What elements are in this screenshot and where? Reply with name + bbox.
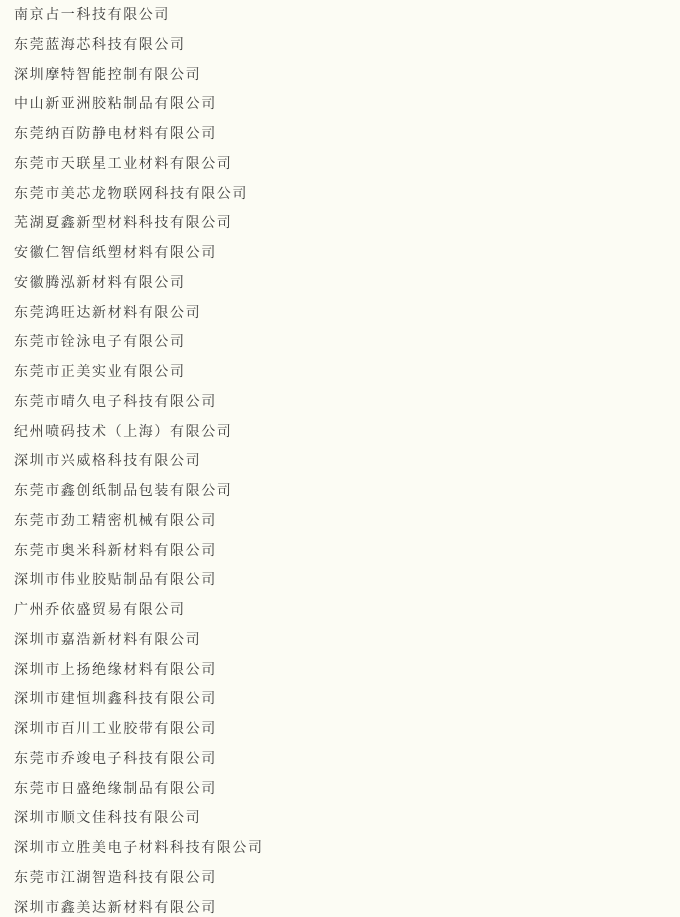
company-item: 深圳市兴威格科技有限公司 xyxy=(14,447,264,477)
company-item: 纪州喷码技术（上海）有限公司 xyxy=(14,418,264,448)
company-item: 广州乔依盛贸易有限公司 xyxy=(14,596,264,626)
company-item: 深圳市建恒圳鑫科技有限公司 xyxy=(14,685,264,715)
company-item: 东莞市美芯龙物联网科技有限公司 xyxy=(14,180,264,210)
company-item: 中山新亚洲胶粘制品有限公司 xyxy=(14,90,264,120)
company-item: 安徽仁智信纸塑材料有限公司 xyxy=(14,239,264,269)
company-item: 东莞市奥米科新材料有限公司 xyxy=(14,537,264,567)
company-item: 深圳市顺文佳科技有限公司 xyxy=(14,804,264,834)
company-item: 深圳市鑫美达新材料有限公司 xyxy=(14,894,264,917)
company-item: 东莞鸿旺达新材料有限公司 xyxy=(14,299,264,329)
company-item: 东莞市劲工精密机械有限公司 xyxy=(14,507,264,537)
company-item: 东莞市鑫创纸制品包装有限公司 xyxy=(14,477,264,507)
company-item: 东莞市日盛绝缘制品有限公司 xyxy=(14,775,264,805)
company-item: 东莞市正美实业有限公司 xyxy=(14,358,264,388)
company-item: 深圳市立胜美电子材料科技有限公司 xyxy=(14,834,264,864)
company-item: 东莞市晴久电子科技有限公司 xyxy=(14,388,264,418)
company-list: 南京占一科技有限公司 东莞蓝海芯科技有限公司 深圳摩特智能控制有限公司 中山新亚… xyxy=(14,1,264,917)
company-item: 深圳摩特智能控制有限公司 xyxy=(14,61,264,91)
company-item: 芜湖夏鑫新型材料科技有限公司 xyxy=(14,209,264,239)
company-item: 东莞市铨泳电子有限公司 xyxy=(14,328,264,358)
company-item: 深圳市伟业胶贴制品有限公司 xyxy=(14,566,264,596)
company-item: 东莞市天联星工业材料有限公司 xyxy=(14,150,264,180)
company-item: 东莞市乔竣电子科技有限公司 xyxy=(14,745,264,775)
company-item: 东莞蓝海芯科技有限公司 xyxy=(14,31,264,61)
company-item: 深圳市上扬绝缘材料有限公司 xyxy=(14,656,264,686)
company-item: 东莞市江湖智造科技有限公司 xyxy=(14,864,264,894)
company-item: 安徽腾泓新材料有限公司 xyxy=(14,269,264,299)
company-item: 深圳市百川工业胶带有限公司 xyxy=(14,715,264,745)
company-item: 深圳市嘉浩新材料有限公司 xyxy=(14,626,264,656)
company-item: 南京占一科技有限公司 xyxy=(14,1,264,31)
company-item: 东莞纳百防静电材料有限公司 xyxy=(14,120,264,150)
